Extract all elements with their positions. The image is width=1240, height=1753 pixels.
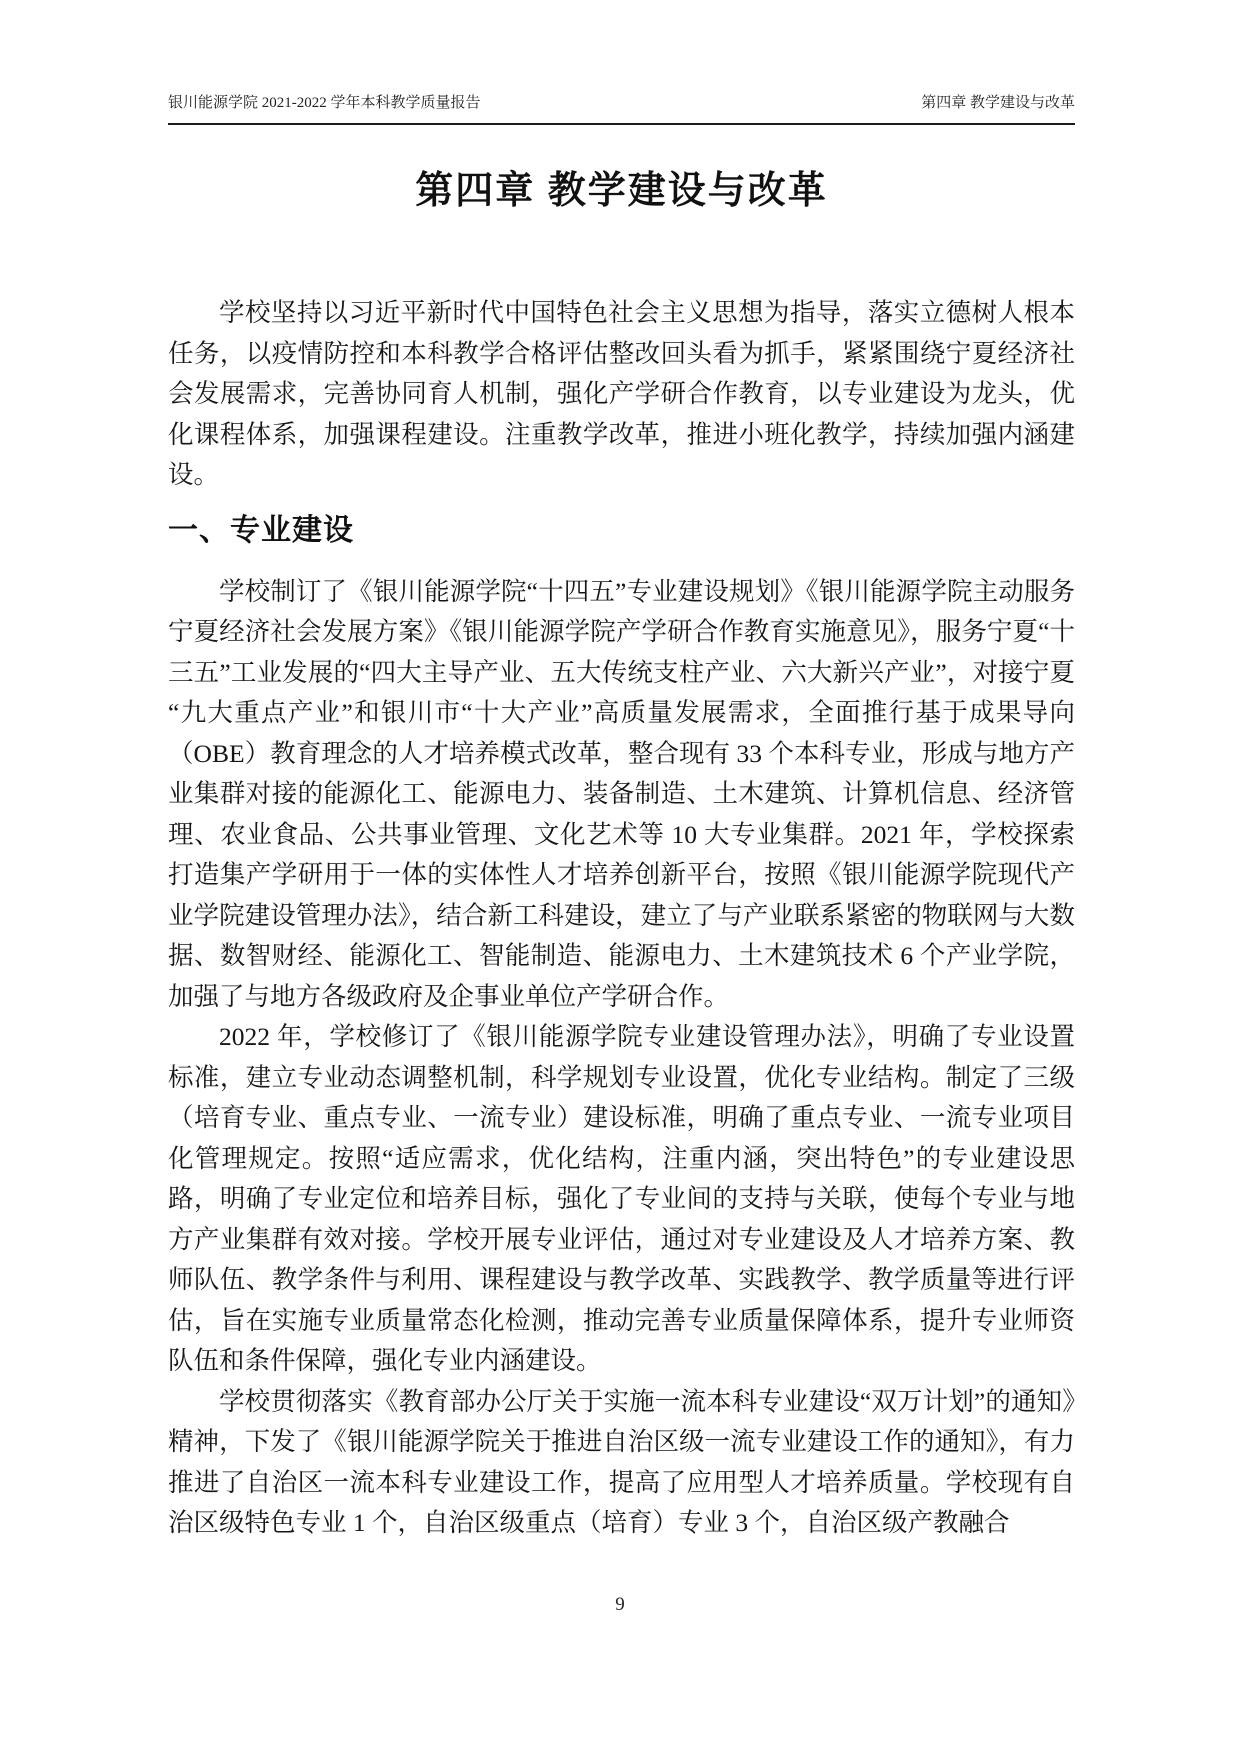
header-report-title: 银川能源学院 2021-2022 学年本科教学质量报告 [168,93,481,114]
section-paragraph-1: 学校制订了《银川能源学院“十四五”专业建设规划》《银川能源学院主动服务宁夏经济社… [168,572,1075,1018]
running-header: 银川能源学院 2021-2022 学年本科教学质量报告 第四章 教学建设与改革 [168,0,1075,125]
header-chapter-label: 第四章 教学建设与改革 [921,93,1075,114]
page-footer: 9 [0,1594,1240,1616]
intro-paragraph: 学校坚持以习近平新时代中国特色社会主义思想为指导，落实立德树人根本任务，以疫情防… [168,293,1075,496]
section-paragraph-2: 2022 年，学校修订了《银川能源学院专业建设管理办法》，明确了专业设置标准，建… [168,1017,1075,1382]
page-number: 9 [615,1594,625,1615]
body-copy: 学校坚持以习近平新时代中国特色社会主义思想为指导，落实立德树人根本任务，以疫情防… [168,293,1075,1544]
section-heading: 一、专业建设 [168,510,1075,552]
document-page: 银川能源学院 2021-2022 学年本科教学质量报告 第四章 教学建设与改革 … [0,0,1240,1753]
chapter-title: 第四章 教学建设与改革 [168,165,1075,217]
section-paragraph-3: 学校贯彻落实《教育部办公厅关于实施一流本科专业建设“双万计划”的通知》精神，下发… [168,1382,1075,1544]
